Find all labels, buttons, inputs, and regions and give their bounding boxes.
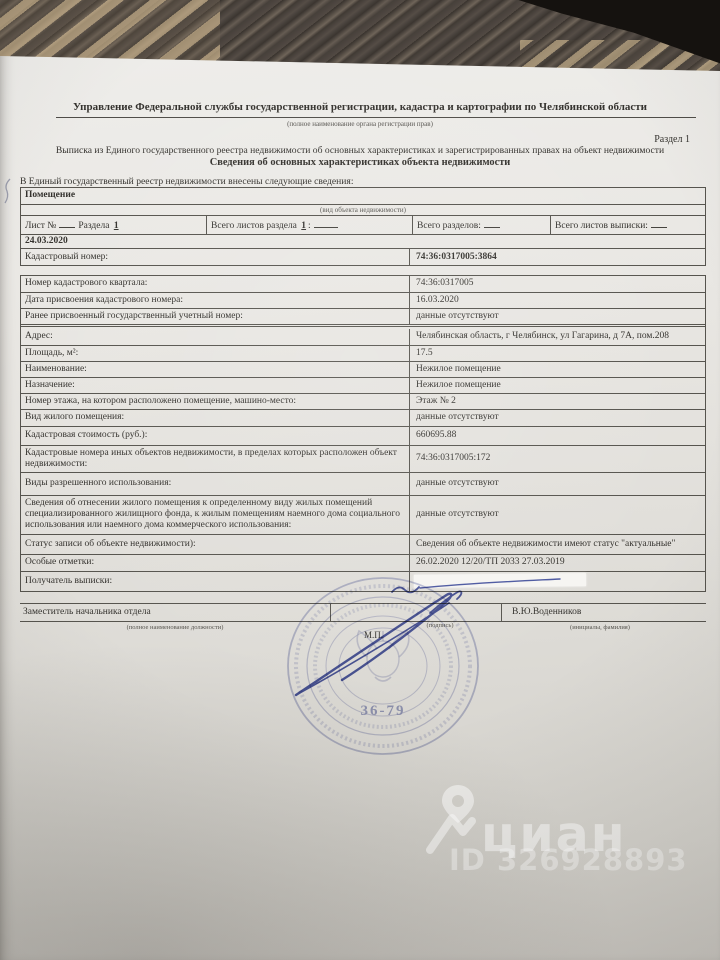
pen-signature-icon (280, 568, 580, 708)
table-row: Номер этажа, на котором расположено поме… (21, 394, 705, 410)
table-row: Адрес:Челябинская область, г Челябинск, … (21, 329, 705, 345)
row-value: Нежилое помещение (409, 378, 705, 393)
row-value: Этаж № 2 (409, 394, 705, 409)
row-label: Кадастровые номера иных объектов недвижи… (21, 446, 409, 472)
sheets-total-label: Всего листов раздела (211, 221, 297, 231)
extract-subtitle: Сведения об основных характеристиках объ… (8, 157, 712, 169)
sheets-total-number: 1 (299, 221, 308, 231)
document-content: Управление Федеральной службы государств… (0, 0, 720, 960)
table-row: Ранее присвоенный государственный учетны… (21, 309, 705, 327)
table-row: Кадастровые номера иных объектов недвижи… (21, 446, 705, 473)
row-value: Челябинская область, г Челябинск, ул Гаг… (409, 329, 705, 344)
object-kind-caption: (вид объекта недвижимости) (21, 206, 705, 214)
row-value: данные отсутствуют (409, 410, 705, 425)
extract-sheets-label: Всего листов выписки: (555, 221, 648, 231)
row-label: Номер кадастрового квартала: (21, 276, 409, 292)
authority-caption: (полное наименование органа регистрации … (28, 120, 692, 128)
row-value: 17.5 (409, 346, 705, 361)
row-label: Адрес: (21, 329, 409, 344)
section-number: 1 (112, 221, 121, 231)
row-value: Нежилое помещение (409, 362, 705, 377)
table-row: Назначение:Нежилое помещение (21, 378, 705, 394)
photo-of-document: Управление Федеральной службы государств… (0, 0, 720, 960)
row-value: данные отсутствуют (409, 309, 705, 324)
row-label: Виды разрешенного использования: (21, 473, 409, 495)
row-label: Площадь, м²: (21, 346, 409, 361)
table-row: Сведения об отнесении жилого помещения к… (21, 496, 705, 535)
table-row: Кадастровая стоимость (руб.):660695.88 (21, 427, 705, 446)
table-row: Виды разрешенного использования:данные о… (21, 473, 705, 496)
row-label: Статус записи об объекте недвижимости): (21, 535, 409, 554)
row-label: Назначение: (21, 378, 409, 393)
title-underline (56, 117, 696, 118)
sections-total-label: Всего разделов: (417, 221, 481, 231)
row-value: 74:36:0317005:172 (409, 446, 705, 472)
row-value: данные отсутствуют (409, 496, 705, 534)
row-value: Сведения об объекте недвижимости имеют с… (409, 535, 705, 554)
row-label: Сведения об отнесении жилого помещения к… (21, 496, 409, 534)
table-row: Статус записи об объекте недвижимости):С… (21, 535, 705, 555)
position-caption: (полное наименование должности) (60, 624, 290, 632)
row-value: 16.03.2020 (409, 293, 705, 308)
table-row: Площадь, м²:17.5 (21, 346, 705, 362)
row-value: 74:36:0317005 (409, 276, 705, 292)
intro-line: В Единый государственный реестр недвижим… (20, 176, 354, 187)
blank-field (651, 218, 667, 228)
table-row: Наименование:Нежилое помещение (21, 362, 705, 378)
row-value: данные отсутствуют (409, 473, 705, 495)
stray-pen-mark-icon (0, 176, 18, 206)
extract-date: 24.03.2020 (21, 235, 72, 248)
cadastral-number: 74:36:0317005:3864 (409, 249, 705, 265)
sheet-label: Лист № (25, 221, 56, 231)
blank-field (314, 218, 338, 228)
row-label: Номер этажа, на котором расположено поме… (21, 394, 409, 409)
blank-field (484, 218, 500, 228)
row-label: Вид жилого помещения: (21, 410, 409, 425)
table-row: Номер кадастрового квартала:74:36:031700… (21, 276, 705, 293)
section-label: Раздела (78, 221, 109, 231)
object-kind: Помещение (21, 188, 79, 203)
table-row: Вид жилого помещения:данные отсутствуют (21, 410, 705, 426)
row-label: Дата присвоения кадастрового номера: (21, 293, 409, 308)
row-label: Наименование: (21, 362, 409, 377)
object-header-table: Помещение (вид объекта недвижимости) Лис… (20, 187, 706, 266)
blank-field (59, 218, 75, 228)
main-table: Номер кадастрового квартала:74:36:031700… (20, 275, 706, 592)
row-value: 660695.88 (409, 427, 705, 445)
extract-title: Выписка из Единого государственного реес… (8, 145, 712, 156)
colon: : (308, 221, 311, 231)
row-label: Кадастровая стоимость (руб.): (21, 427, 409, 445)
row-label: Ранее присвоенный государственный учетны… (21, 309, 409, 324)
row-label: Кадастровый номер: (21, 249, 409, 265)
authority-title: Управление Федеральной службы государств… (28, 101, 692, 114)
sheet-row: Лист №Раздела 1 Всего листов раздела 1: … (21, 216, 705, 235)
document-paper: Управление Федеральной службы государств… (0, 0, 720, 960)
table-row: Дата присвоения кадастрового номера:16.0… (21, 293, 705, 309)
